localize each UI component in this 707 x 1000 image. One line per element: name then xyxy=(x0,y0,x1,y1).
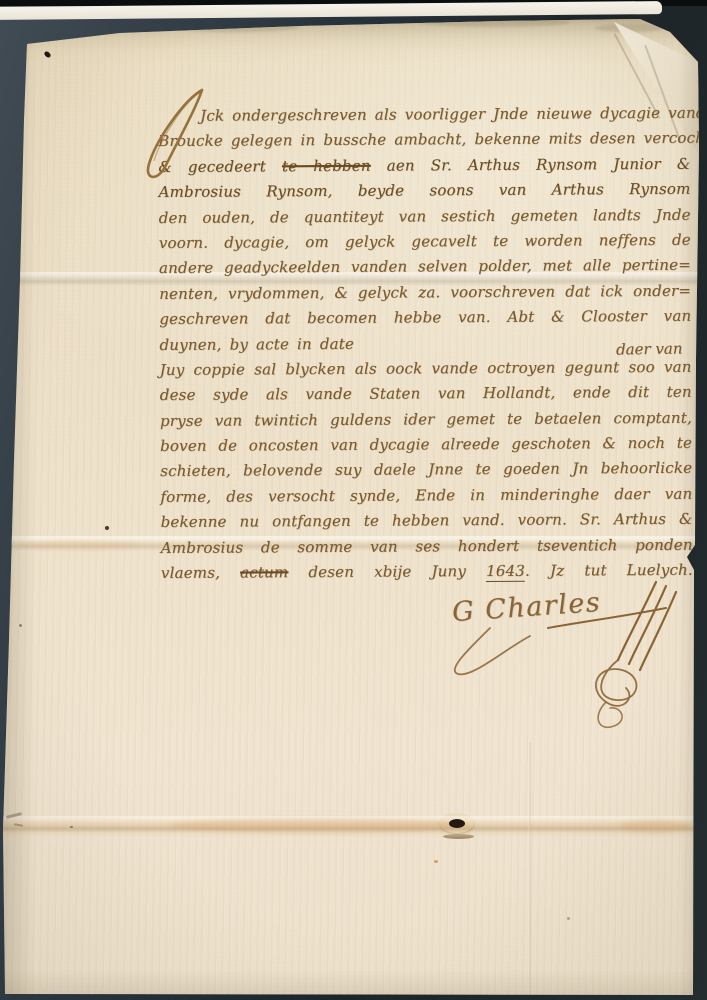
manuscript-photo: Jck ondergeschreven als voorligger Jnde … xyxy=(0,0,707,1000)
line-text: . Jz tut Luelych. xyxy=(525,561,693,580)
paper-speck xyxy=(567,917,570,920)
line-text: vlaems, xyxy=(161,564,240,582)
handwritten-line: andere geadyckeelden vanden selven polde… xyxy=(159,253,691,282)
handwritten-line: dese syde als vande Staten van Hollandt,… xyxy=(160,380,692,409)
handwritten-line: duynen, by acte in date xyxy=(159,329,691,358)
handwritten-line: forme, des versocht synde, Ende in minde… xyxy=(160,482,692,511)
fold-stain xyxy=(620,820,690,833)
paper-speck xyxy=(70,826,73,828)
handwritten-line: den ouden, de quantiteyt van sestich gem… xyxy=(159,202,691,231)
edge-mark xyxy=(6,812,22,819)
struck-word: te hebben xyxy=(282,156,371,175)
handwritten-line: Ambrosius Rynsom, beyde soons van Arthus… xyxy=(158,177,690,206)
handwritten-line: Ambrosius de somme van ses hondert tseve… xyxy=(161,532,693,561)
line-text: & gecedeert xyxy=(158,157,282,176)
handwritten-text: Jck ondergeschreven als voorligger Jnde … xyxy=(158,101,693,587)
paper-speck xyxy=(434,860,438,863)
paper-deckle-edge xyxy=(0,14,707,66)
handwritten-line: boven de oncosten van dycagie alreede ge… xyxy=(160,431,692,460)
deckle-shadow xyxy=(170,22,300,32)
paper-speck xyxy=(19,624,22,627)
handwritten-line: geschreven dat becomen hebbe van. Abt & … xyxy=(159,304,691,333)
paper-speck xyxy=(105,526,109,530)
edge-mark xyxy=(14,823,23,827)
line-text: desen xbije Juny xyxy=(288,562,486,581)
vertical-crease xyxy=(528,742,531,1000)
handwritten-line: pryse van twintich guldens ider gemet te… xyxy=(160,405,692,434)
handwritten-line: Broucke gelegen in bussche ambacht, beke… xyxy=(158,126,690,155)
handwritten-line: bekenne nu ontfangen te hebben vand. voo… xyxy=(160,507,692,536)
paper-slit xyxy=(443,834,474,839)
wormhole xyxy=(449,819,465,828)
signature: G Charles xyxy=(451,587,602,628)
handwritten-line: & gecedeert te hebben aen Sr. Arthus Ryn… xyxy=(158,152,690,181)
underlined-year: 1643 xyxy=(486,562,525,582)
fold-stain xyxy=(170,818,470,833)
deckle-shadow xyxy=(420,18,570,27)
handwritten-line: Juy coppie sal blycken als oock vande oc… xyxy=(160,355,692,384)
struck-word: actum xyxy=(240,563,288,581)
handwritten-line: vlaems, actum desen xbije Juny 1643. Jz … xyxy=(161,558,693,587)
line-text: aen Sr. Arthus Rynsom Junior & xyxy=(371,155,691,175)
handwritten-fragment: daer van xyxy=(616,339,683,358)
handwritten-line: voorn. dycagie, om gelyck gecavelt te wo… xyxy=(159,228,691,257)
manuscript-paper: Jck ondergeschreven als voorligger Jnde … xyxy=(0,0,707,1000)
handwritten-line: Jck ondergeschreven als voorligger Jnde … xyxy=(158,101,690,130)
handwritten-line: schieten, belovende suy daele Jnne te go… xyxy=(160,456,692,485)
handwritten-line: nenten, vrydommen, & gelyck za. voorschr… xyxy=(159,278,691,307)
fold-stain xyxy=(20,540,140,550)
